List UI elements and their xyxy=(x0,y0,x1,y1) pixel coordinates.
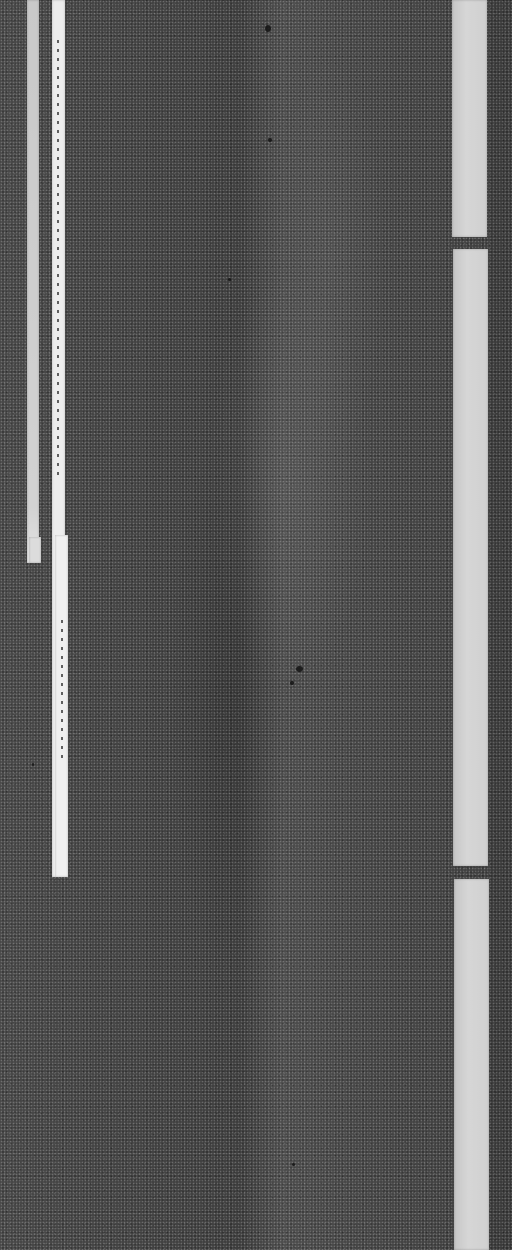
pothole xyxy=(268,138,272,142)
road-shoulder xyxy=(490,0,512,1250)
paint-crack xyxy=(57,40,59,480)
wheel-track-shading xyxy=(0,0,512,1250)
pothole xyxy=(32,763,34,766)
pothole xyxy=(228,278,231,281)
left-inner-line-end xyxy=(29,537,41,563)
left-inner-solid-line xyxy=(27,0,39,563)
dashed-line-segment xyxy=(452,0,487,237)
pothole xyxy=(292,1163,295,1166)
asphalt-texture xyxy=(0,0,512,1250)
dashed-line-segment xyxy=(454,879,489,1250)
pothole xyxy=(296,666,303,672)
paint-crack xyxy=(61,620,63,760)
dashed-line-segment xyxy=(453,249,488,866)
road-surface xyxy=(0,0,512,1250)
pothole xyxy=(265,25,271,32)
pothole xyxy=(290,681,294,685)
